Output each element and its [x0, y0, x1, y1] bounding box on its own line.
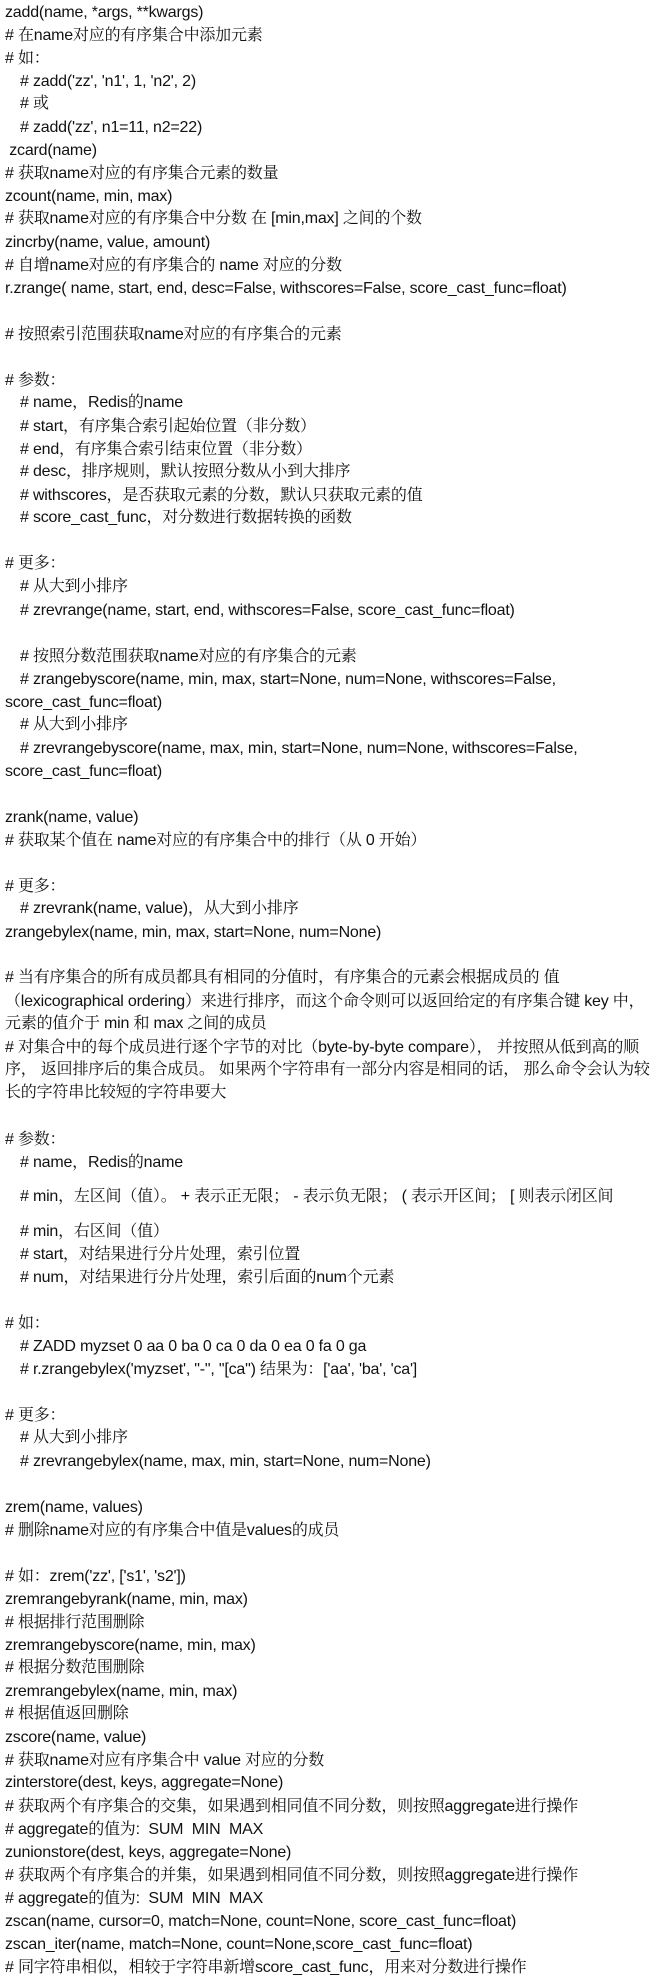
comment-line: # aggregate的值为: SUM MIN MAX	[5, 1888, 263, 1910]
params-heading: # 参数：	[5, 370, 65, 392]
example-line: # r.zrangebylex('myzset', "-", "[ca") 结果…	[20, 1359, 417, 1381]
param-line: # withscores，是否获取元素的分数，默认只获取元素的值	[20, 485, 423, 507]
example-heading: # 如：	[5, 1313, 50, 1335]
code-line-zremrangebyrank: zremrangebyrank(name, min, max)	[5, 1589, 248, 1611]
code-line-zrangebyscore: # zrangebyscore(name, min, max, start=No…	[20, 669, 556, 691]
param-line: # desc，排序规则，默认按照分数从小到大排序	[20, 461, 350, 483]
code-line-zcard: zcard(name)	[5, 140, 97, 162]
comment-line: # 删除name对应的有序集合中值是values的成员	[5, 1520, 339, 1542]
comment-line: # 同字符串相似，相较于字符串新增score_cast_func，用来对分数进行…	[5, 1957, 526, 1979]
comment-line: # 根据分数范围删除	[5, 1657, 144, 1679]
code-line-continuation: score_cast_func=float)	[5, 761, 162, 783]
comment-line: # 获取name对应的有序集合元素的数量	[5, 163, 278, 185]
comment-line: 元素的值介于 min 和 max 之间的成员	[5, 1013, 266, 1035]
code-line-zadd: zadd(name, *args, **kwargs)	[5, 2, 203, 24]
code-line-zrem: zrem(name, values)	[5, 1497, 143, 1519]
comment-line: # 对集合中的每个成员进行逐个字节的对比（byte-by-byte compar…	[5, 1037, 639, 1059]
comment-line: # 根据排行范围删除	[5, 1612, 144, 1634]
comment-line: # 在name对应的有序集合中添加元素	[5, 25, 263, 47]
code-line-zrange: r.zrange( name, start, end, desc=False, …	[5, 278, 567, 300]
param-line: # num，对结果进行分片处理，索引后面的num个元素	[20, 1267, 394, 1289]
param-line: # end，有序集合索引结束位置（非分数）	[20, 439, 312, 461]
code-line-zscore: zscore(name, value)	[5, 1727, 146, 1749]
comment-line: # 自增name对应的有序集合的 name 对应的分数	[5, 255, 342, 277]
code-line-zrank: zrank(name, value)	[5, 807, 138, 829]
more-heading: # 更多：	[5, 1405, 65, 1427]
more-heading: # 更多：	[5, 553, 65, 575]
comment-line: # 获取两个有序集合的交集，如果遇到相同值不同分数，则按照aggregate进行…	[5, 1796, 578, 1818]
comment-line: # 如：	[5, 48, 50, 70]
param-line: # min，左区间（值）。 + 表示正无限； - 表示负无限； ( 表示开区间；…	[20, 1186, 613, 1208]
code-line-zscan: zscan(name, cursor=0, match=None, count=…	[5, 1911, 516, 1933]
code-line-zunionstore: zunionstore(dest, keys, aggregate=None)	[5, 1842, 291, 1864]
comment-line: # aggregate的值为: SUM MIN MAX	[5, 1819, 263, 1841]
comment-line: # 按照索引范围获取name对应的有序集合的元素	[5, 324, 342, 346]
comment-line: # 或	[20, 93, 49, 115]
code-line-zremrangebyscore: zremrangebyscore(name, min, max)	[5, 1635, 256, 1657]
code-line-continuation: score_cast_func=float)	[5, 692, 162, 714]
example-line: # zadd('zz', n1=11, n2=22)	[20, 117, 202, 139]
comment-line: 序， 返回排序后的集合成员。 如果两个字符串有一部分内容是相同的话， 那么命令会…	[5, 1059, 650, 1081]
comment-line: # 从大到小排序	[20, 1427, 128, 1449]
more-heading: # 更多：	[5, 876, 65, 898]
code-line-zrevrangebylex: # zrevrangebylex(name, max, min, start=N…	[20, 1451, 431, 1473]
params-heading: # 参数：	[5, 1129, 65, 1151]
example-line: # zadd('zz', 'n1', 1, 'n2', 2)	[20, 71, 196, 93]
code-line-zrevrange: # zrevrange(name, start, end, withscores…	[20, 600, 515, 622]
comment-line: # 按照分数范围获取name对应的有序集合的元素	[20, 646, 357, 668]
comment-line: # 根据值返回删除	[5, 1703, 129, 1725]
param-line: # start，有序集合索引起始位置（非分数）	[20, 416, 316, 438]
code-line-zinterstore: zinterstore(dest, keys, aggregate=None)	[5, 1772, 283, 1794]
comment-line: # 获取两个有序集合的并集，如果遇到相同值不同分数，则按照aggregate进行…	[5, 1865, 578, 1887]
example-line: # 如：zrem('zz', ['s1', 's2'])	[5, 1566, 186, 1588]
param-line: # name，Redis的name	[20, 1152, 183, 1174]
code-line-zscan-iter: zscan_iter(name, match=None, count=None,…	[5, 1934, 472, 1956]
code-line-zrevrank: # zrevrank(name, value)，从大到小排序	[20, 898, 299, 920]
code-line-zremrangebylex: zremrangebylex(name, min, max)	[5, 1681, 237, 1703]
comment-line: （lexicographical ordering）来进行排序，而这个命令则可以…	[5, 991, 644, 1013]
param-line: # score_cast_func，对分数进行数据转换的函数	[20, 507, 352, 529]
comment-line: # 从大到小排序	[20, 576, 128, 598]
param-line: # min，右区间（值）	[20, 1221, 169, 1243]
comment-line: # 获取某个值在 name对应的有序集合中的排行（从 0 开始）	[5, 830, 426, 852]
comment-line: 长的字符串比较短的字符串要大	[5, 1082, 226, 1104]
example-line: # ZADD myzset 0 aa 0 ba 0 ca 0 da 0 ea 0…	[20, 1336, 366, 1358]
comment-line: # 获取name对应的有序集合中分数 在 [min,max] 之间的个数	[5, 208, 422, 230]
comment-line: # 从大到小排序	[20, 714, 128, 736]
code-line-zrangebylex: zrangebylex(name, min, max, start=None, …	[5, 922, 381, 944]
param-line: # start，对结果进行分片处理，索引位置	[20, 1244, 300, 1266]
document-body: zadd(name, *args, **kwargs) # 在name对应的有序…	[0, 0, 670, 1979]
code-line-zcount: zcount(name, min, max)	[5, 186, 172, 208]
comment-line: # 获取name对应有序集合中 value 对应的分数	[5, 1750, 324, 1772]
code-line-zincrby: zincrby(name, value, amount)	[5, 232, 210, 254]
code-line-zrevrangebyscore: # zrevrangebyscore(name, max, min, start…	[20, 738, 577, 760]
param-line: # name，Redis的name	[20, 392, 183, 414]
comment-line: # 当有序集合的所有成员都具有相同的分值时，有序集合的元素会根据成员的 值	[5, 967, 559, 989]
